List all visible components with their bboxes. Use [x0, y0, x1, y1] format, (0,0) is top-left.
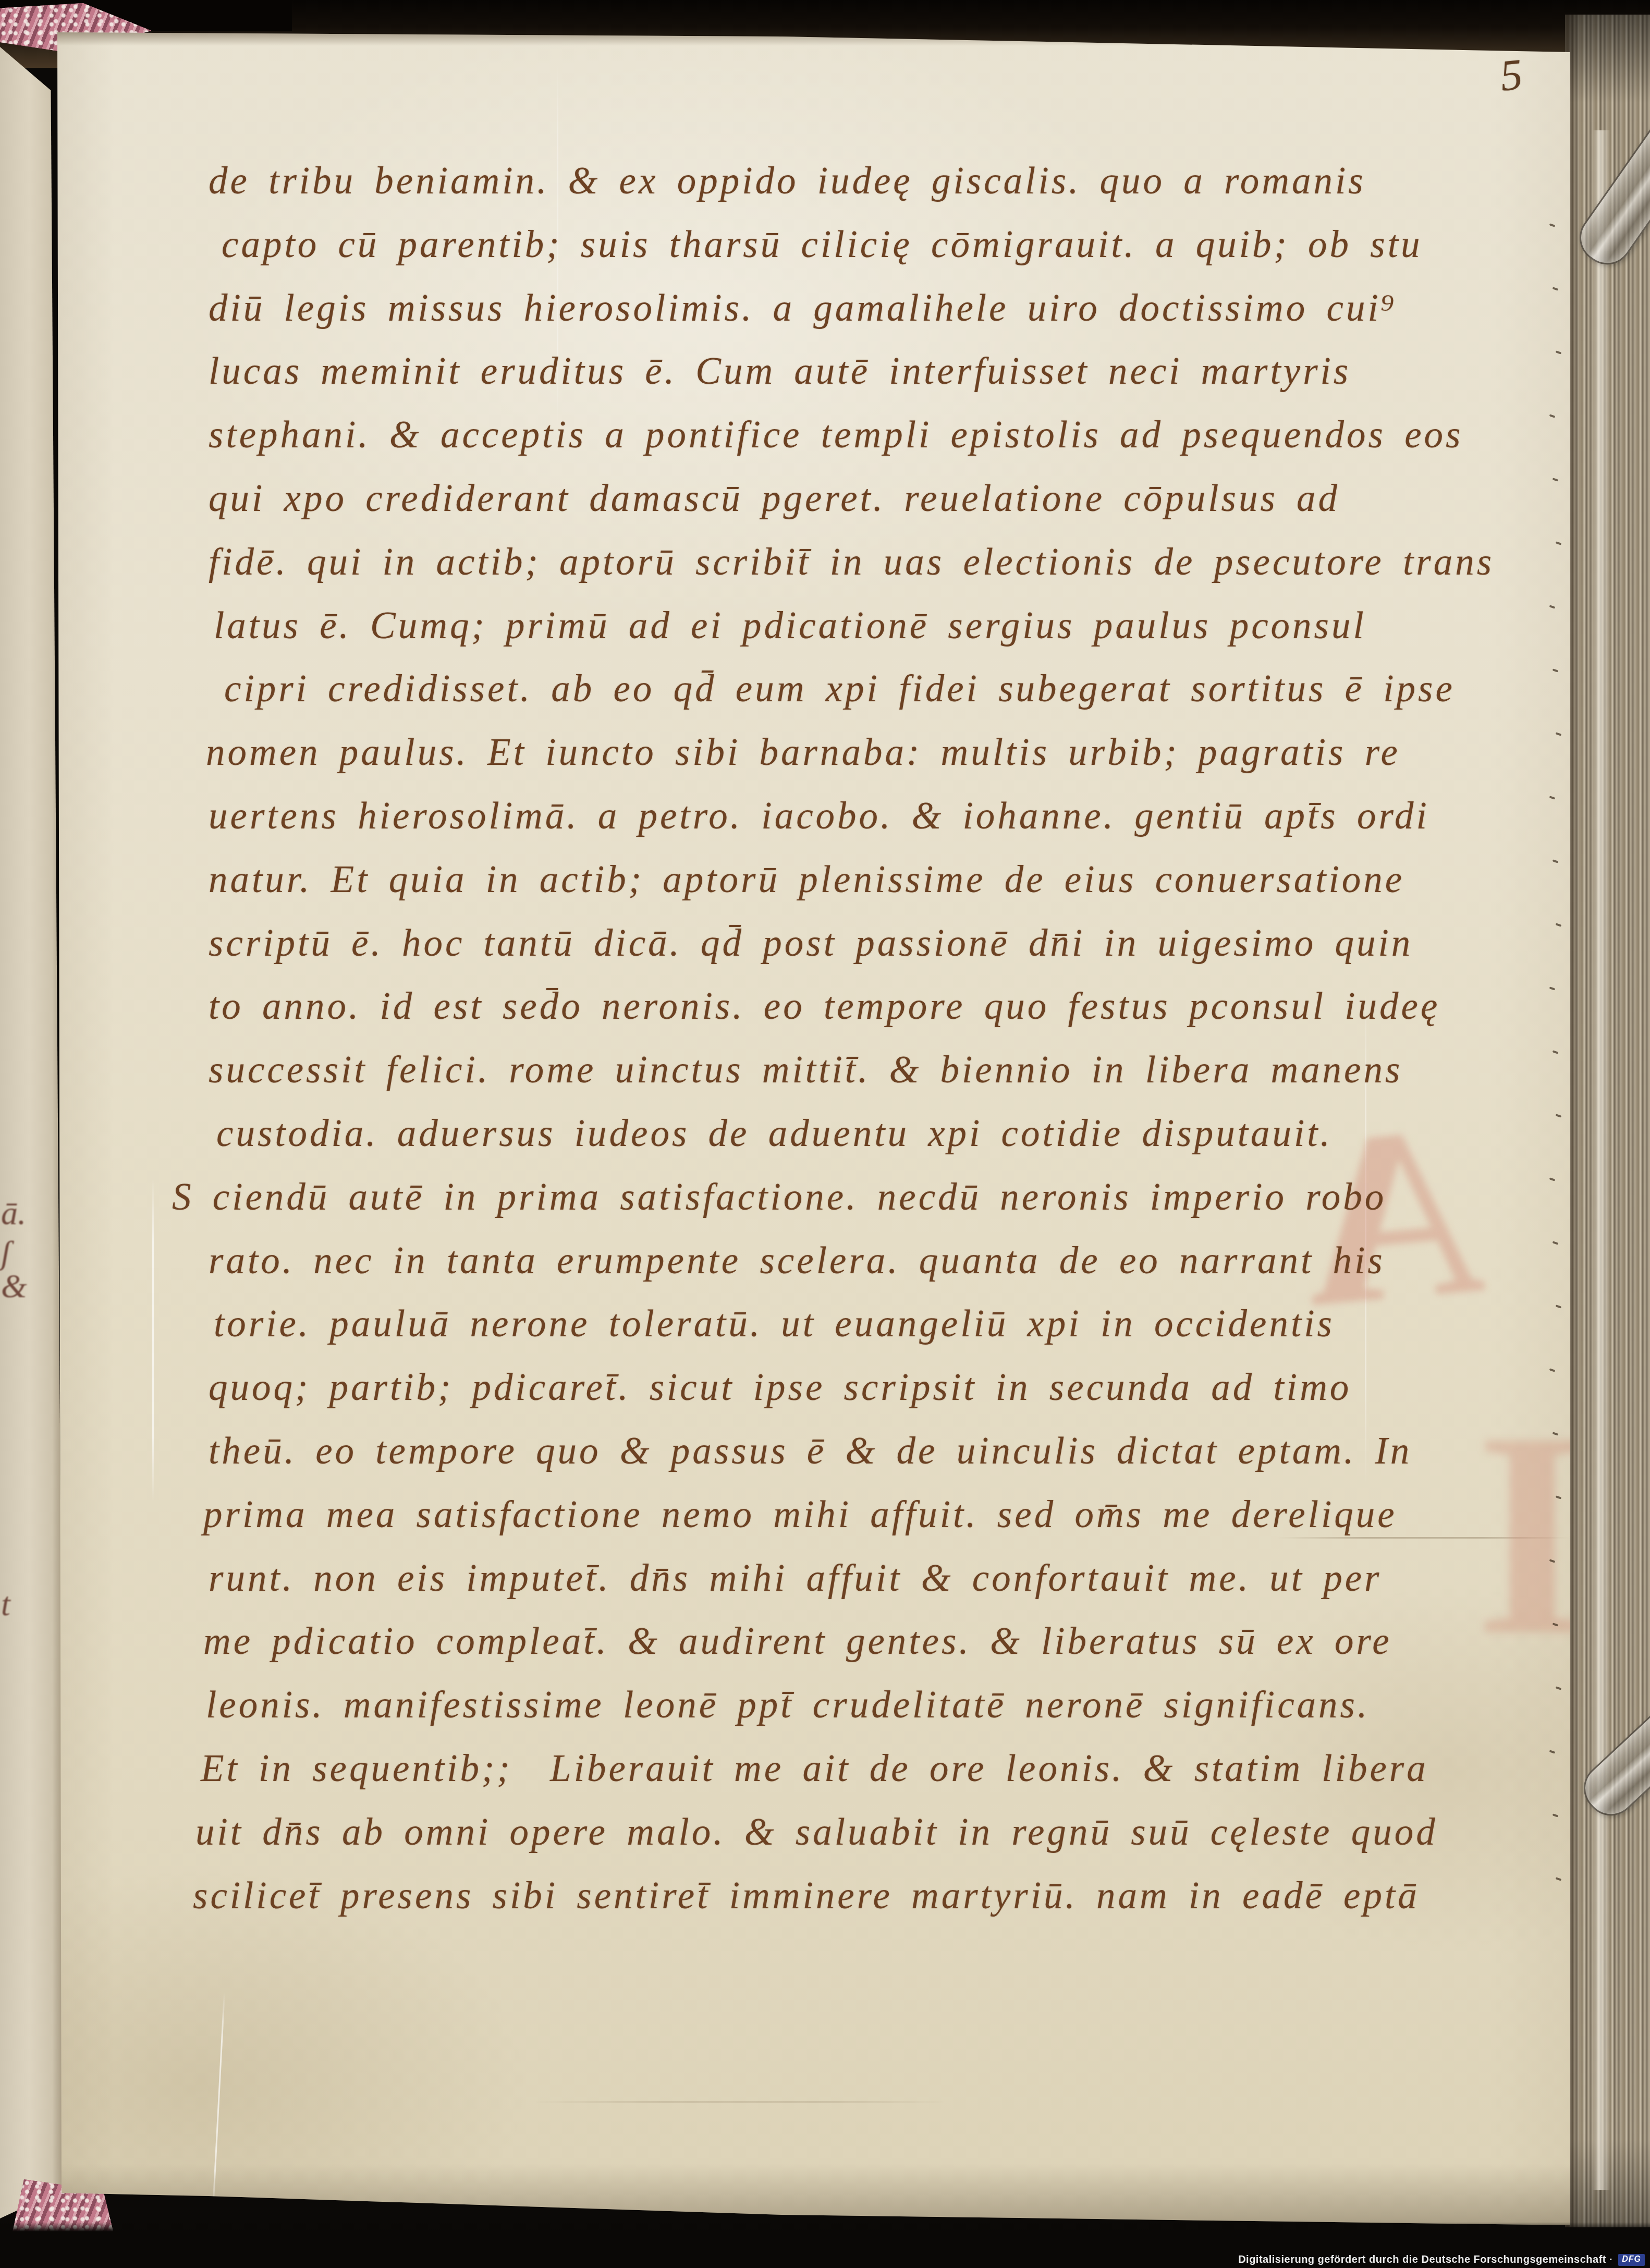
text-line: to anno. id est sed̄o neronis. eo tempor…: [209, 984, 1440, 1042]
pricking-hole: [1553, 1050, 1559, 1054]
text-line: me pdicatio compleat̄. & audirent gentes…: [203, 1619, 1392, 1677]
pricking-hole: [1553, 287, 1559, 290]
pricking-hole: [1553, 478, 1559, 481]
digitization-credit: Digitalisierung gefördert durch die Deut…: [1238, 2254, 1645, 2266]
text-line: rato. nec in tanta erumpente scelera. qu…: [209, 1239, 1385, 1296]
text-line: nomen paulus. Et iuncto sibi barnaba: mu…: [206, 730, 1400, 788]
text-line: fidē. qui in actib; aptorū scribit̄ in u…: [209, 540, 1494, 598]
pricking-hole: [1556, 1304, 1562, 1308]
pricking-hole: [1549, 1750, 1556, 1753]
parchment-crease: [152, 1178, 154, 1502]
dfg-logo[interactable]: DFG: [1618, 2254, 1645, 2266]
pricking-hole: [1549, 605, 1556, 608]
text-line: stephani. & acceptis a pontifice templi …: [209, 413, 1463, 470]
fore-edge-highlight: [1593, 130, 1610, 2190]
text-line: uertens hierosolimā. a petro. iacobo. & …: [209, 794, 1429, 851]
text-line: diū legis missus hierosolimis. a gamalih…: [209, 286, 1397, 344]
credit-text: Digitalisierung gefördert durch die Deut…: [1238, 2254, 1613, 2266]
pricking-hole: [1556, 541, 1562, 545]
pricking-hole: [1556, 732, 1562, 736]
text-line: theū. eo tempore quo & passus ē & de uin…: [209, 1429, 1412, 1486]
folio-number: 5: [1498, 49, 1525, 102]
parchment-crease: [532, 2101, 949, 2103]
marginalia-mark: t: [1, 1585, 10, 1624]
pricking-hole: [1549, 796, 1556, 799]
text-line: lucas meminit eruditus ē. Cum autē inter…: [209, 349, 1351, 407]
pricking-hole: [1549, 223, 1556, 227]
text-line: natur. Et quia in actib; aptorū plenissi…: [209, 858, 1404, 915]
text-line: torie. pauluā nerone toleratū. ut euange…: [214, 1302, 1335, 1359]
marginalia-mark: ʃ: [1, 1233, 10, 1272]
marginalia-mark: &: [1, 1267, 27, 1306]
text-line: scriptū ē. hoc tantū dicā. qd̄ post pass…: [209, 921, 1413, 979]
pricking-hole: [1556, 923, 1562, 926]
text-line: successit felici. rome uinctus mittit̄. …: [209, 1048, 1402, 1105]
pricking-hole: [1553, 859, 1559, 863]
pricking-hole: [1549, 986, 1556, 990]
pricking-hole: [1556, 1877, 1562, 1881]
digitized-manuscript-scan: A I 5 de tribu beniamin. & ex oppido iud…: [0, 0, 1650, 2268]
text-line: prima mea satisfactione nemo mihi affuit…: [203, 1493, 1397, 1550]
text-line: qui xpo crediderant damascū pgeret. reue…: [209, 477, 1340, 534]
page-bottom-shadow: [62, 2164, 1570, 2225]
pricking-hole: [1549, 414, 1556, 418]
text-line: runt. non eis imputet̄. dn̄s mihi affuit…: [209, 1556, 1382, 1614]
pricking-hole: [1553, 1813, 1559, 1817]
text-line: S ciendū autē in prima satisfactione. ne…: [172, 1175, 1386, 1233]
marginalia-mark: ā.: [1, 1194, 26, 1233]
text-line: leonis. manifestissime leonē ppt̄ crudel…: [206, 1683, 1370, 1740]
pricking-hole: [1549, 1177, 1556, 1181]
facing-page-edge: [0, 47, 65, 2218]
text-line: cipri credidisset. ab eo qd̄ eum xpi fid…: [224, 667, 1455, 724]
text-line: scilicet̄ presens sibi sentiret̄ imminer…: [193, 1874, 1420, 1931]
pricking-hole: [1553, 668, 1559, 672]
pricking-hole: [1556, 1114, 1562, 1117]
parchment-leaf: A I 5 de tribu beniamin. & ex oppido iud…: [0, 0, 1650, 2268]
pricking-hole: [1553, 1241, 1559, 1245]
text-line: Et in sequentib;; Liberauit me ait de or…: [201, 1747, 1428, 1804]
text-line: de tribu beniamin. & ex oppido iudeę gis…: [209, 159, 1366, 216]
text-line: custodia. aduersus iudeos de aduentu xpi…: [216, 1112, 1333, 1169]
text-line: latus ē. Cumq; primū ad ei pdicationē se…: [214, 604, 1366, 661]
pricking-hole: [1556, 350, 1562, 354]
text-line: uit dn̄s ab omni opere malo. & saluabit …: [195, 1810, 1438, 1868]
text-line: quoq; partib; pdicaret̄. sicut ipse scri…: [209, 1365, 1351, 1423]
text-line: capto cū parentib; suis tharsū cilicię c…: [222, 223, 1423, 280]
